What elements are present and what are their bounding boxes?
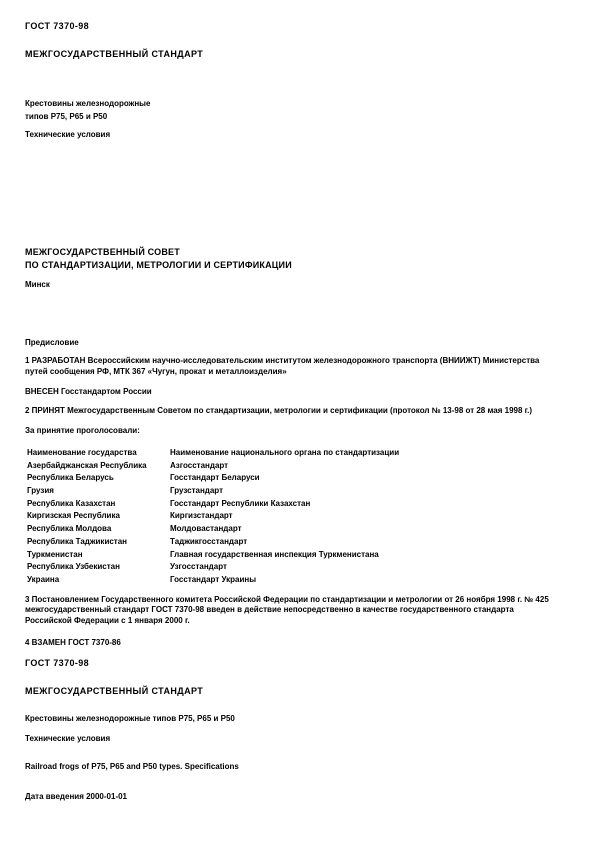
org-name: Госстандарт Украины — [170, 575, 567, 584]
foreword-item-1-note: ВНЕСЕН Госстандартом России — [25, 387, 152, 396]
doc-number-repeat: ГОСТ 7370-98 — [25, 658, 89, 668]
org-name: Киргизстандарт — [170, 511, 567, 520]
doc-title-line1: Крестовины железнодорожные — [25, 98, 150, 111]
doc-subtitle-repeat: Технические условия — [25, 734, 110, 743]
org-name: Таджикгосстандарт — [170, 537, 567, 546]
state-name: Туркменистан — [27, 550, 170, 559]
vote-table-row: Республика Молдова Молдовастандарт — [27, 524, 567, 537]
doc-title-full: Крестовины железнодорожные типов Р75, Р6… — [25, 714, 235, 723]
state-name: Республика Таджикистан — [27, 537, 170, 546]
vote-table: Наименование государства Наименование на… — [27, 448, 567, 588]
vote-table-row: Республика Таджикистан Таджикгосстандарт — [27, 537, 567, 550]
standard-type-heading-repeat: МЕЖГОСУДАРСТВЕННЫЙ СТАНДАРТ — [25, 686, 203, 696]
doc-title: Крестовины железнодорожные типов Р75, Р6… — [25, 98, 150, 123]
effective-date: Дата введения 2000-01-01 — [25, 792, 127, 801]
vote-table-row: Туркменистан Главная государственная инс… — [27, 550, 567, 563]
vote-table-row: Украина Госстандарт Украины — [27, 575, 567, 588]
doc-subtitle: Технические условия — [25, 130, 110, 139]
doc-title-line2: типов Р75, Р65 и Р50 — [25, 111, 150, 124]
vote-table-row: Республика Казахстан Госстандарт Республ… — [27, 499, 567, 512]
vote-intro: За принятие проголосовали: — [25, 426, 140, 435]
council-line2: ПО СТАНДАРТИЗАЦИИ, МЕТРОЛОГИИ И СЕРТИФИК… — [25, 259, 292, 272]
state-name: Украина — [27, 575, 170, 584]
org-name: Госстандарт Беларуси — [170, 473, 567, 482]
foreword-item-1: 1 РАЗРАБОТАН Всероссийским научно-исслед… — [25, 355, 552, 377]
vote-table-col2-header: Наименование национального органа по ста… — [170, 448, 567, 457]
vote-table-row: Республика Беларусь Госстандарт Беларуси — [27, 473, 567, 486]
org-name: Госстандарт Республики Казахстан — [170, 499, 567, 508]
document-page: ГОСТ 7370-98 МЕЖГОСУДАРСТВЕННЫЙ СТАНДАРТ… — [0, 0, 595, 842]
org-name: Азгосстандарт — [170, 461, 567, 470]
state-name: Республика Узбекистан — [27, 562, 170, 571]
vote-table-row: Киргизская Республика Киргизстандарт — [27, 511, 567, 524]
vote-table-col1-header: Наименование государства — [27, 448, 170, 457]
doc-title-english: Railroad frogs of P75, P65 and P50 types… — [25, 762, 239, 771]
org-name: Молдовастандарт — [170, 524, 567, 533]
state-name: Республика Беларусь — [27, 473, 170, 482]
org-name: Грузстандарт — [170, 486, 567, 495]
state-name: Азербайджанская Республика — [27, 461, 170, 470]
council-line1: МЕЖГОСУДАРСТВЕННЫЙ СОВЕТ — [25, 246, 292, 259]
state-name: Республика Казахстан — [27, 499, 170, 508]
org-name: Узгосстандарт — [170, 562, 567, 571]
council-heading: МЕЖГОСУДАРСТВЕННЫЙ СОВЕТ ПО СТАНДАРТИЗАЦ… — [25, 246, 292, 271]
doc-number-top: ГОСТ 7370-98 — [25, 21, 89, 31]
vote-table-row: Азербайджанская Республика Азгосстандарт — [27, 461, 567, 474]
state-name: Республика Молдова — [27, 524, 170, 533]
vote-table-row: Республика Узбекистан Узгосстандарт — [27, 562, 567, 575]
vote-table-header-row: Наименование государства Наименование на… — [27, 448, 567, 461]
vote-table-row: Грузия Грузстандарт — [27, 486, 567, 499]
state-name: Киргизская Республика — [27, 511, 170, 520]
standard-type-heading: МЕЖГОСУДАРСТВЕННЫЙ СТАНДАРТ — [25, 49, 203, 59]
foreword-item-4: 4 ВЗАМЕН ГОСТ 7370-86 — [25, 638, 121, 647]
org-name: Главная государственная инспекция Туркме… — [170, 550, 567, 559]
council-city: Минск — [25, 280, 50, 289]
foreword-heading: Предисловие — [25, 338, 79, 347]
state-name: Грузия — [27, 486, 170, 495]
foreword-item-2: 2 ПРИНЯТ Межгосударственным Советом по с… — [25, 405, 552, 416]
foreword-item-3: 3 Постановлением Государственного комите… — [25, 595, 552, 626]
